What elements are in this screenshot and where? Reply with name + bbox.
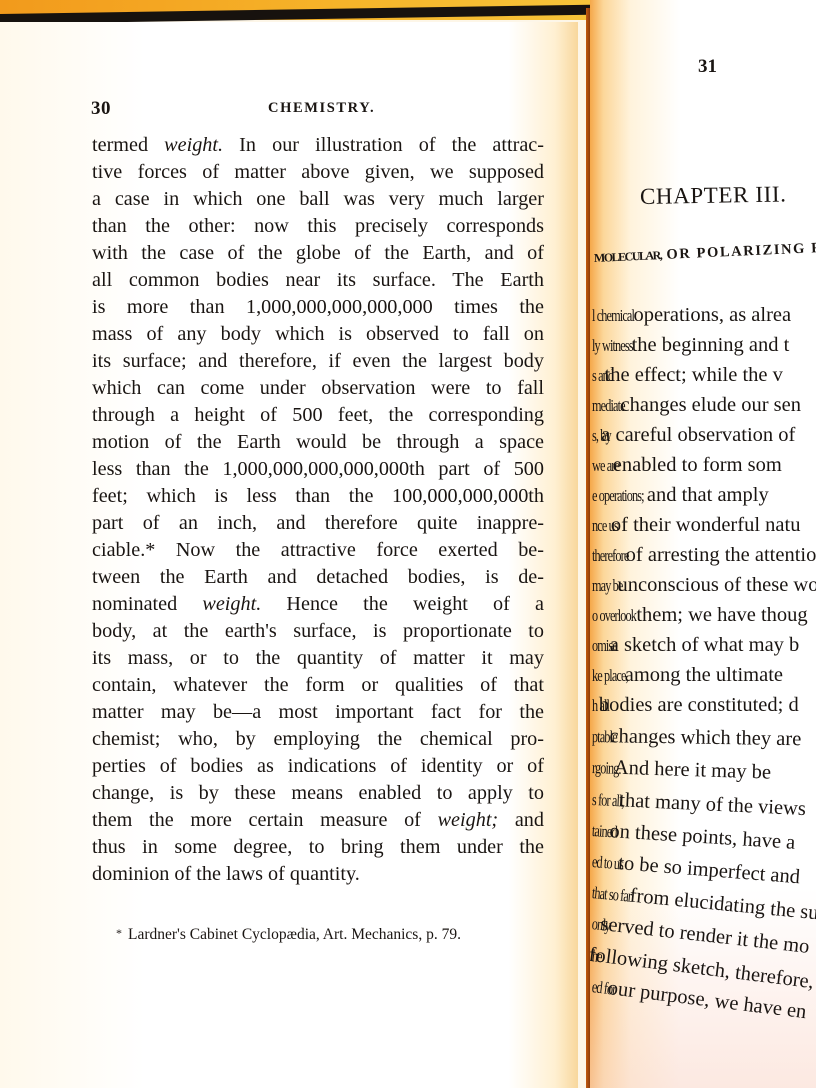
text-run: ciable.* Now the attractive force exerte… <box>92 539 544 561</box>
gutter-text-run: that so far <box>591 883 632 907</box>
text-run: motion of the Earth would be through a s… <box>92 431 544 453</box>
text-line: perties of bodies as indications of iden… <box>92 753 544 780</box>
text-line: body, at the earth's surface, is proport… <box>92 618 544 645</box>
running-head: CHEMISTRY. <box>268 100 375 117</box>
gutter-text-run: ed to us <box>591 852 624 874</box>
text-run: tive forces of matter above given, we su… <box>92 161 544 183</box>
text-line: therefore of arresting the attentio <box>592 544 816 567</box>
gutter-text-run: he <box>591 946 603 967</box>
gutter-text-run: we are <box>592 456 619 476</box>
italic-term: weight. <box>202 593 261 615</box>
page-number-right: 31 <box>698 56 717 78</box>
text-run: feet; which is less than the 100,000,000… <box>92 485 544 507</box>
text-run: unconscious of these wor <box>612 574 816 596</box>
text-run: less than the 1,000,000,000,000,000th pa… <box>92 458 544 480</box>
gutter-text-run: l chemical <box>592 306 634 326</box>
text-run: with the case of the globe of the Earth,… <box>92 242 544 264</box>
text-line: h all bodies are constituted; d <box>592 694 799 717</box>
text-line: part of an inch, and therefore quite ina… <box>92 510 544 537</box>
text-run: a careful observation of <box>596 424 795 446</box>
text-line: s, by a careful observation of <box>592 424 795 447</box>
text-run: than the other: now this precisely corre… <box>92 215 544 237</box>
text-run: changes elude our sen <box>615 394 801 416</box>
chapter-subtitle: MOLECULAR, OR POLARIZING FO <box>594 240 816 267</box>
text-run: enabled to form som <box>608 454 782 476</box>
text-line: ptable changes which they are <box>592 725 802 751</box>
text-line: mass of any body which is observed to fa… <box>92 321 544 348</box>
text-run: of their wonderful natu <box>606 514 801 536</box>
gutter-text-run: s and <box>592 366 613 386</box>
text-run: changes which they are <box>604 725 801 750</box>
text-line: s for all, that many of the views <box>591 788 806 821</box>
text-line: dominion of the laws of quantity. <box>92 861 544 888</box>
text-line: ciable.* Now the attractive force exerte… <box>92 537 544 564</box>
text-run: perties of bodies as indications of iden… <box>92 755 544 777</box>
text-line: ly witness the beginning and t <box>592 334 789 357</box>
chapter-title: CHAPTER III. <box>640 181 787 210</box>
text-run: termed <box>92 134 164 156</box>
text-line: termed weight. In our illustration of th… <box>92 132 544 159</box>
text-run: part of an inch, and therefore quite ina… <box>92 512 544 534</box>
text-run: And here it may be <box>610 757 772 784</box>
text-run: is more than 1,000,000,000,000,000 times… <box>92 296 544 318</box>
text-run: of arresting the attentio <box>621 544 816 566</box>
text-run: the effect; while the v <box>599 364 782 386</box>
footnote-marker: * <box>116 926 122 940</box>
text-line: ke place, among the ultimate <box>592 664 783 687</box>
text-line: rgoing. And here it may be <box>592 756 772 785</box>
right-page: 31 CHAPTER III. MOLECULAR, OR POLARIZING… <box>590 0 816 1088</box>
text-line: o overlook them; we have thoug <box>592 604 808 627</box>
gutter-text-run: mediate <box>592 396 625 416</box>
text-run: body, at the earth's surface, is proport… <box>92 620 544 642</box>
text-run: and that amply <box>642 484 769 506</box>
text-line: tween the Earth and detached bodies, is … <box>92 564 544 591</box>
text-line: thus in some degree, to bring them under… <box>92 834 544 861</box>
gutter-text-run: ed for <box>591 977 617 1000</box>
text-run: thus in some degree, to bring them under… <box>92 836 544 858</box>
text-run: the beginning and t <box>626 334 789 356</box>
left-page-body: termed weight. In our illustration of th… <box>92 132 544 888</box>
text-line: its mass, or to the quantity of matter i… <box>92 645 544 672</box>
text-line: is more than 1,000,000,000,000,000 times… <box>92 294 544 321</box>
text-run: Hence the weight of a <box>261 593 544 615</box>
text-run: its surface; and therefore, if even the … <box>92 350 544 372</box>
text-line: mediate changes elude our sen <box>592 394 801 417</box>
text-line: through a height of 500 feet, the corres… <box>92 402 544 429</box>
text-run: which can come under observation were to… <box>92 377 544 399</box>
text-run: bodies are constituted; d <box>594 694 799 716</box>
text-run: to be so imperfect and <box>612 852 800 889</box>
gutter-text-run: omise <box>592 636 617 656</box>
page-number-left: 30 <box>91 98 111 120</box>
text-run: on these points, have a <box>604 820 796 854</box>
text-line: all common bodies near its surface. The … <box>92 267 544 294</box>
text-line: may be unconscious of these wor <box>592 574 816 597</box>
chapter-subtitle-rest: OR POLARIZING FO <box>661 240 816 264</box>
text-run: In our illustration of the attrac- <box>223 134 544 156</box>
text-run: chemist; who, by employing the chemical … <box>92 728 544 750</box>
text-line: l chemical operations, as alrea <box>592 304 791 327</box>
gutter-text-run: therefore <box>592 546 628 566</box>
gutter-text-run: tained <box>591 821 617 843</box>
text-run: matter may be—a most important fact for … <box>92 701 544 723</box>
gutter-text-run: ptable <box>592 727 617 747</box>
text-line: tained on these points, have a <box>591 819 796 855</box>
text-run: through a height of 500 feet, the corres… <box>92 404 544 426</box>
text-line: feet; which is less than the 100,000,000… <box>92 483 544 510</box>
text-run: tween the Earth and detached bodies, is … <box>92 566 544 588</box>
text-run: a sketch of what may b <box>605 634 800 656</box>
text-line: with the case of the globe of the Earth,… <box>92 240 544 267</box>
text-run: them; we have thoug <box>631 604 807 626</box>
text-line: nce us of their wonderful natu <box>592 514 800 537</box>
text-line: tive forces of matter above given, we su… <box>92 159 544 186</box>
text-line: contain, whatever the form or qualities … <box>92 672 544 699</box>
text-run: operations, as alrea <box>628 304 791 326</box>
gutter-text-run: ly witness <box>592 336 633 356</box>
text-run: change, is by these means enabled to app… <box>92 782 544 804</box>
text-line: nominated weight. Hence the weight of a <box>92 591 544 618</box>
gutter-text-run: rgoing. <box>592 758 621 779</box>
footnote-text: Lardner's Cabinet Cyclopædia, Art. Mecha… <box>128 926 461 943</box>
text-run: dominion of the laws of quantity. <box>92 863 360 885</box>
text-line: them the more certain measure of weight;… <box>92 807 544 834</box>
chapter-subtitle-start: MOLECULAR, <box>594 248 662 265</box>
text-run: among the ultimate <box>620 664 783 686</box>
text-line: e operations; and that amply <box>592 484 769 507</box>
italic-term: weight; <box>438 809 499 831</box>
footnote: *Lardner's Cabinet Cyclopædia, Art. Mech… <box>116 926 461 944</box>
gutter-text-run: e operations; <box>592 486 644 506</box>
text-run: mass of any body which is observed to fa… <box>92 323 544 345</box>
text-line: change, is by these means enabled to app… <box>92 780 544 807</box>
text-line: which can come under observation were to… <box>92 375 544 402</box>
gutter-text-run: nce us <box>592 516 618 536</box>
text-run: nominated <box>92 593 202 615</box>
text-line: its surface; and therefore, if even the … <box>92 348 544 375</box>
text-run: its mass, or to the quantity of matter i… <box>92 647 544 669</box>
gutter-text-run: o overlook <box>592 606 636 626</box>
text-line: a case in which one ball was very much l… <box>92 186 544 213</box>
text-run: a case in which one ball was very much l… <box>92 188 544 210</box>
gutter-text-run: may be <box>592 576 623 596</box>
gutter-text-run: h all <box>592 696 609 716</box>
text-line: s and the effect; while the v <box>592 364 783 387</box>
gutter-text-run: only <box>591 914 611 936</box>
italic-term: weight. <box>164 134 223 156</box>
text-line: chemist; who, by employing the chemical … <box>92 726 544 753</box>
text-line: we are enabled to form som <box>592 454 782 477</box>
text-line: matter may be—a most important fact for … <box>92 699 544 726</box>
text-line: omise a sketch of what may b <box>592 634 799 657</box>
text-run: and <box>498 809 544 831</box>
gutter-text-run: ke place, <box>592 666 628 686</box>
text-line: less than the 1,000,000,000,000,000th pa… <box>92 456 544 483</box>
text-line: than the other: now this precisely corre… <box>92 213 544 240</box>
text-run: contain, whatever the form or qualities … <box>92 674 544 696</box>
gutter-text-run: s for all, <box>592 790 625 811</box>
gutter-text-run: s, by <box>592 426 611 446</box>
text-line: motion of the Earth would be through a s… <box>92 429 544 456</box>
text-run: all common bodies near its surface. The … <box>92 269 544 291</box>
text-run: them the more certain measure of <box>92 809 438 831</box>
text-run: that many of the views <box>614 789 807 820</box>
